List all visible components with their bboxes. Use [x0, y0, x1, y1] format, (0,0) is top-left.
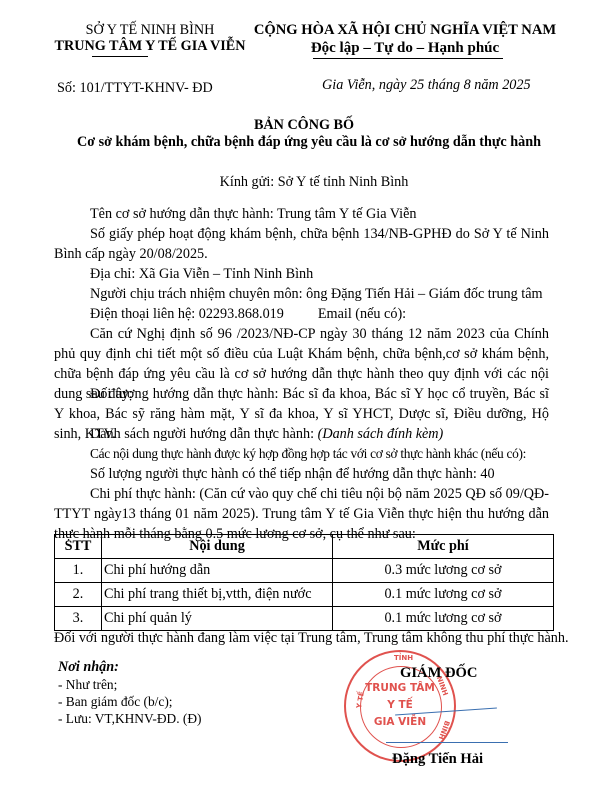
motto-underline	[313, 58, 503, 59]
fee-table: STT Nội dung Mức phí 1. Chi phí hướng dẫ…	[54, 534, 554, 631]
nation-title: CỘNG HÒA XÃ HỘI CHỦ NGHĨA VIỆT NAM	[240, 22, 570, 39]
recipient-item: - Lưu: VT,KHNV-ĐD. (Đ)	[58, 711, 202, 727]
instructor-list: Danh sách người hướng dẫn thực hành: (Da…	[54, 424, 549, 444]
row-fee: 0.3 mức lương cơ sở	[333, 559, 554, 583]
header-stt: STT	[55, 535, 102, 559]
agency-parent: SỞ Y TẾ NINH BÌNH	[40, 22, 260, 39]
agency-underline	[92, 56, 148, 57]
document-number: Số: 101/TTYT-KHNV- ĐD	[57, 80, 213, 97]
motto: Độc lập – Tự do – Hạnh phúc	[240, 40, 570, 57]
facility-name: Tên cơ sở hướng dẫn thực hành: Trung tâm…	[54, 204, 549, 224]
agency-name: TRUNG TÂM Y TẾ GIA VIỄN	[40, 38, 260, 55]
row-fee: 0.1 mức lương cơ sở	[333, 583, 554, 607]
instructor-list-value: (Danh sách đính kèm)	[318, 426, 444, 442]
recipient-item: - Ban giám đốc (b/c);	[58, 694, 173, 710]
document-title: BẢN CÔNG BỐ	[0, 117, 608, 134]
table-row: 1. Chi phí hướng dẫn 0.3 mức lương cơ sở	[55, 559, 554, 583]
contact-line: Điện thoại liên hệ: 02293.868.019Email (…	[54, 304, 549, 324]
recipient-line: Kính gửi: Sở Y tế tỉnh Ninh Bình	[0, 174, 608, 191]
row-content: Chi phí hướng dẫn	[102, 559, 333, 583]
document-subtitle: Cơ sở khám bệnh, chữa bệnh đáp ứng yêu c…	[0, 134, 608, 151]
row-stt: 1.	[55, 559, 102, 583]
header-fee: Mức phí	[333, 535, 554, 559]
row-content: Chi phí quản lý	[102, 607, 333, 631]
email: Email (nếu có):	[318, 306, 406, 322]
signer-position: GIÁM ĐỐC	[400, 665, 477, 682]
fee-table-header: STT Nội dung Mức phí	[55, 535, 554, 559]
contract-content: Các nội dung thực hành được ký hợp đồng …	[54, 444, 549, 464]
address: Địa chỉ: Xã Gia Viễn – Tỉnh Ninh Bình	[54, 264, 549, 284]
instructor-list-label: Danh sách người hướng dẫn thực hành:	[90, 426, 318, 442]
phone: Điện thoại liên hệ: 02293.868.019	[90, 306, 284, 322]
responsible-person: Người chịu trách nhiệm chuyên môn: ông Đ…	[54, 284, 549, 304]
row-fee: 0.1 mức lương cơ sở	[333, 607, 554, 631]
fee-note: Đối với người thực hành đang làm việc tạ…	[54, 630, 569, 647]
signature-stroke	[386, 742, 508, 743]
table-row: 2. Chi phí trang thiết bị,vtth, điện nướ…	[55, 583, 554, 607]
recipient-item: - Như trên;	[58, 677, 117, 693]
header-content: Nội dung	[102, 535, 333, 559]
row-stt: 3.	[55, 607, 102, 631]
table-row: 3. Chi phí quản lý 0.1 mức lương cơ sở	[55, 607, 554, 631]
stamp-line: GIA VIỄN	[346, 716, 454, 728]
row-content: Chi phí trang thiết bị,vtth, điện nước	[102, 583, 333, 607]
signer-name: Đặng Tiến Hải	[392, 751, 483, 768]
place-date: Gia Viễn, ngày 25 tháng 8 năm 2025	[322, 77, 531, 94]
license-info: Số giấy phép hoạt động khám bệnh, chữa b…	[54, 224, 549, 264]
row-stt: 2.	[55, 583, 102, 607]
recipients-title: Nơi nhận:	[58, 659, 119, 676]
stamp-arc-text: TỈNH	[394, 654, 413, 662]
capacity: Số lượng người thực hành có thể tiếp nhậ…	[54, 464, 549, 484]
